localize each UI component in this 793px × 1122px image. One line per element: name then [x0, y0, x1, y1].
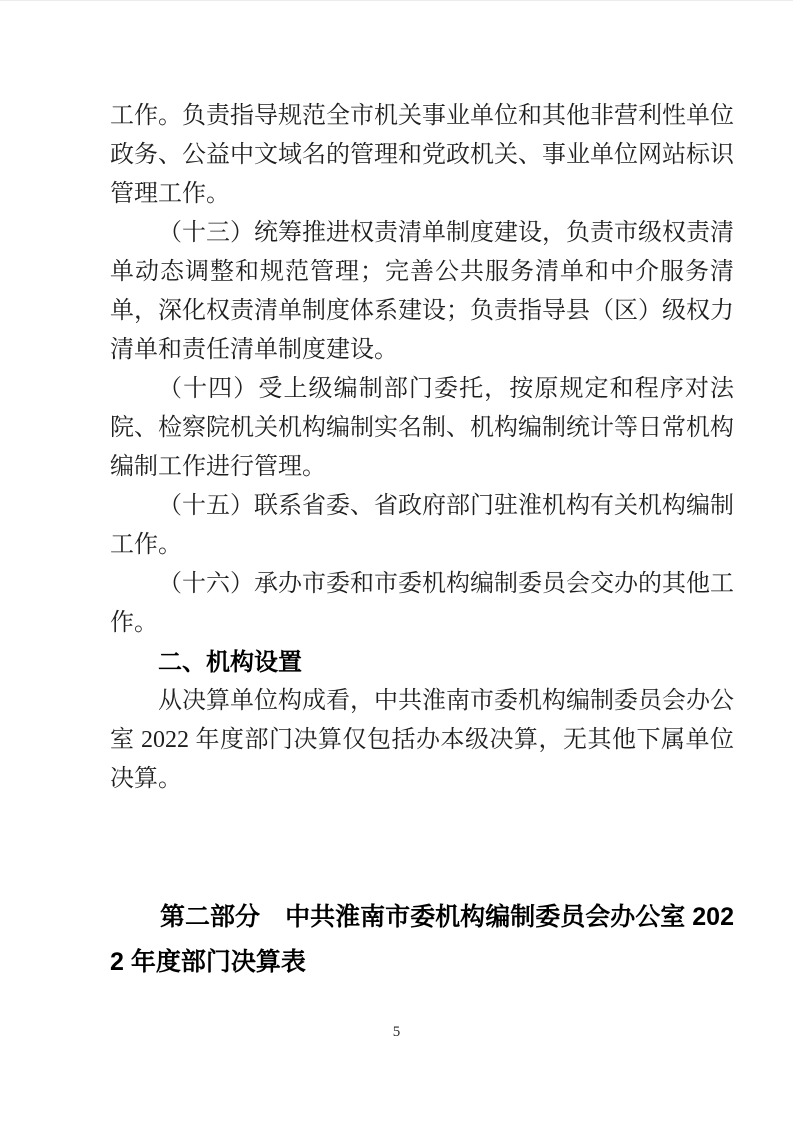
paragraph-continuation: 工作。负责指导规范全市机关事业单位和其他非营利性单位政务、公益中文域名的管理和党… [110, 97, 734, 214]
page-content: 工作。负责指导规范全市机关事业单位和其他非营利性单位政务、公益中文域名的管理和党… [110, 97, 734, 985]
section-heading-organization-setup: 二、机构设置 [110, 643, 734, 682]
paragraph-organization-setup: 从决算单位构成看，中共淮南市委机构编制委员会办公室 2022 年度部门决算仅包括… [110, 682, 734, 799]
paragraph-item-16: （十六）承办市委和市委机构编制委员会交办的其他工作。 [110, 565, 734, 643]
page-number: 5 [0, 1023, 793, 1041]
paragraph-item-14: （十四）受上级编制部门委托，按原规定和程序对法院、检察院机关机构编制实名制、机构… [110, 370, 734, 487]
document-page: 工作。负责指导规范全市机关事业单位和其他非营利性单位政务、公益中文域名的管理和党… [0, 0, 793, 1122]
paragraph-item-13: （十三）统筹推进权责清单制度建设，负责市级权责清单动态调整和规范管理；完善公共服… [110, 214, 734, 370]
part-two-heading: 第二部分 中共淮南市委机构编制委员会办公室 2022 年度部门决算表 [110, 895, 734, 985]
paragraph-item-15: （十五）联系省委、省政府部门驻淮机构有关机构编制工作。 [110, 487, 734, 565]
